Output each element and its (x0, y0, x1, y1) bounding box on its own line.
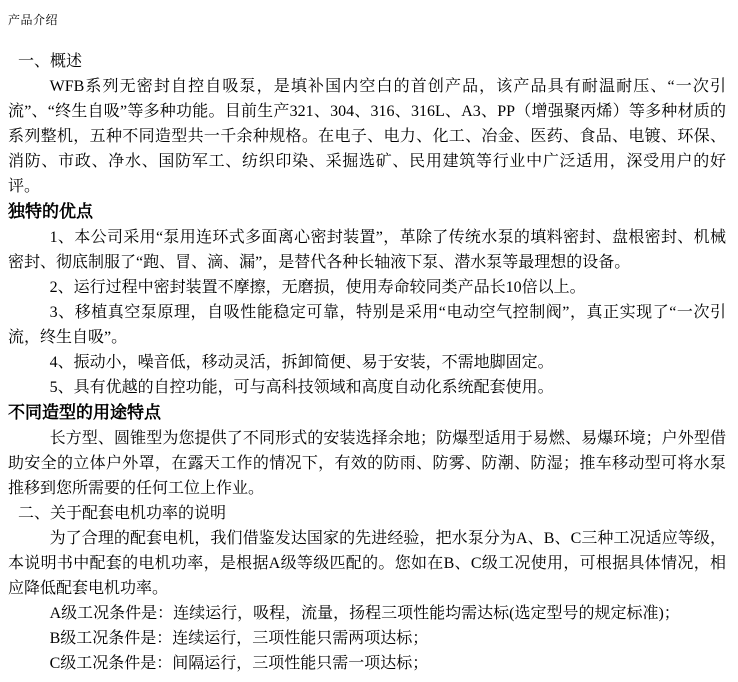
section-advantages: 独特的优点 1、本公司采用“泵用连环式多面离心密封装置”，革除了传统水泵的填料密… (8, 199, 726, 400)
advantage-item-2: 2、运行过程中密封装置不摩擦，无磨损，使用寿命较同类产品长10倍以上。 (8, 275, 726, 300)
condition-grade-b: B级工况条件是：连续运行，三项性能只需两项达标； (8, 626, 726, 651)
advantage-item-3: 3、移植真空泵原理，自吸性能稳定可靠，特别是采用“电动空气控制阀”，真正实现了“… (8, 300, 726, 350)
section-motor-power: 二、关于配套电机功率的说明 为了合理的配套电机，我们借鉴发达国家的先进经验，把水… (8, 501, 726, 676)
section-shape-features: 不同造型的用途特点 长方型、圆锥型为您提供了不同形式的安装选择余地；防爆型适用于… (8, 400, 726, 501)
condition-grade-c: C级工况条件是：间隔运行，三项性能只需一项达标； (8, 651, 726, 676)
section-overview: 一、概述 WFB系列无密封自控自吸泵，是填补国内空白的首创产品，该产品具有耐温耐… (8, 49, 726, 199)
condition-grade-a: A级工况条件是：连续运行，吸程，流量，扬程三项性能均需达标(选定型号的规定标准)… (8, 601, 726, 626)
paragraph-shape-features: 长方型、圆锥型为您提供了不同形式的安装选择余地；防爆型适用于易燃、易爆环境；户外… (8, 426, 726, 501)
section-heading-shape-features: 不同造型的用途特点 (8, 400, 726, 426)
advantage-item-4: 4、振动小，噪音低，移动灵活，拆卸简便、易于安装，不需地脚固定。 (8, 350, 726, 375)
advantage-item-5: 5、具有优越的自控功能，可与高科技领域和高度自动化系统配套使用。 (8, 375, 726, 400)
advantage-item-1: 1、本公司采用“泵用连环式多面离心密封装置”，革除了传统水泵的填料密封、盘根密封… (8, 225, 726, 275)
section-heading-overview: 一、概述 (8, 49, 726, 74)
document-page: 产品介绍 一、概述 WFB系列无密封自控自吸泵，是填补国内空白的首创产品，该产品… (0, 0, 738, 682)
section-heading-advantages: 独特的优点 (8, 199, 726, 225)
paragraph-motor-power: 为了合理的配套电机，我们借鉴发达国家的先进经验，把水泵分为A、B、C三种工况适应… (8, 526, 726, 601)
page-title: 产品介绍 (8, 12, 726, 28)
section-heading-motor-power: 二、关于配套电机功率的说明 (8, 501, 726, 526)
paragraph-overview: WFB系列无密封自控自吸泵，是填补国内空白的首创产品，该产品具有耐温耐压、“一次… (8, 74, 726, 199)
